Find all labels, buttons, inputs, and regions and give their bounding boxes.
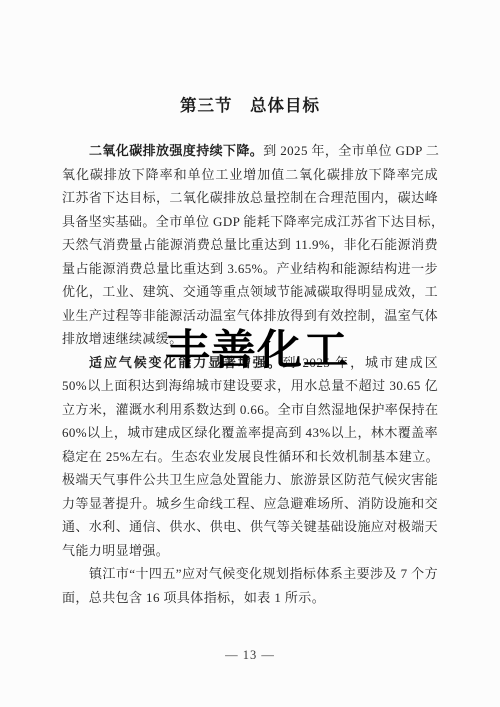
text-line: 镇江市“十四五”应对气候变化规划指标体系主要涉及 7 个方 [62,562,438,586]
text-line: 业生产过程等非能源活动温室气体排放得到有效控制，温室气体 [62,304,438,328]
text-line: 量占能源消费总量比重达到 3.65%。产业结构和能源结构进一步 [62,257,438,281]
text-line: 具备坚实基础。全市单位 GDP 能耗下降率完成江苏省下达目标， [62,210,438,234]
paragraph: 镇江市“十四五”应对气候变化规划指标体系主要涉及 7 个方面，总共包含 16 项… [62,562,438,609]
text-line: 50%以上面积达到海绵城市建设要求，用水总量不超过 30.65 亿 [62,374,438,398]
text-line: 江苏省下达目标，二氧化碳排放总量控制在合理范围内，碳达峰 [62,186,438,210]
text-line: 立方米，灌溉水利用系数达到 0.66。全市自然湿地保护率保持在 [62,398,438,422]
text-line: 适应气候变化能力显著增强。到 2025 年，城市建成区 [62,351,438,375]
lead-sentence: 二氧化碳排放强度持续下降。 [89,143,263,158]
text-line: 极端天气事件公共卫生应急处置能力、旅游景区防范气候灾害能 [62,468,438,492]
lead-sentence: 适应气候变化能力显著增强。 [89,355,283,370]
text-line: 力等显著提升。城乡生命线工程、应急避难场所、消防设施和交 [62,492,438,516]
text-line: 排放增速继续减缓。 [62,327,438,351]
paragraph: 二氧化碳排放强度持续下降。到 2025 年，全市单位 GDP 二氧化碳排放下降率… [62,139,438,351]
text-line: 氧化碳排放下降率和单位工业增加值二氧化碳排放下降率完成 [62,163,438,187]
document-page: 第三节 总体目标 二氧化碳排放强度持续下降。到 2025 年，全市单位 GDP … [0,0,500,707]
text-line: 通、水利、通信、供水、供电、供气等关键基础设施应对极端天 [62,515,438,539]
text-line: 二氧化碳排放强度持续下降。到 2025 年，全市单位 GDP 二 [62,139,438,163]
text-line: 气能力明显增强。 [62,539,438,563]
text-line: 60%以上，城市建成区绿化覆盖率提高到 43%以上，林木覆盖率 [62,421,438,445]
text-line: 优化，工业、建筑、交通等重点领域节能减碳取得明显成效，工 [62,280,438,304]
text-line: 稳定在 25%左右。生态农业发展良性循环和长效机制基本建立。 [62,445,438,469]
paragraph: 适应气候变化能力显著增强。到 2025 年，城市建成区50%以上面积达到海绵城市… [62,351,438,563]
text-line: 天然气消费量占能源消费总量比重达到 11.9%，非化石能源消费 [62,233,438,257]
document-body: 二氧化碳排放强度持续下降。到 2025 年，全市单位 GDP 二氧化碳排放下降率… [62,139,438,609]
text-line: 面，总共包含 16 项具体指标，如表 1 所示。 [62,586,438,610]
page-number: — 13 — [0,648,500,663]
section-title: 第三节 总体目标 [0,92,500,116]
